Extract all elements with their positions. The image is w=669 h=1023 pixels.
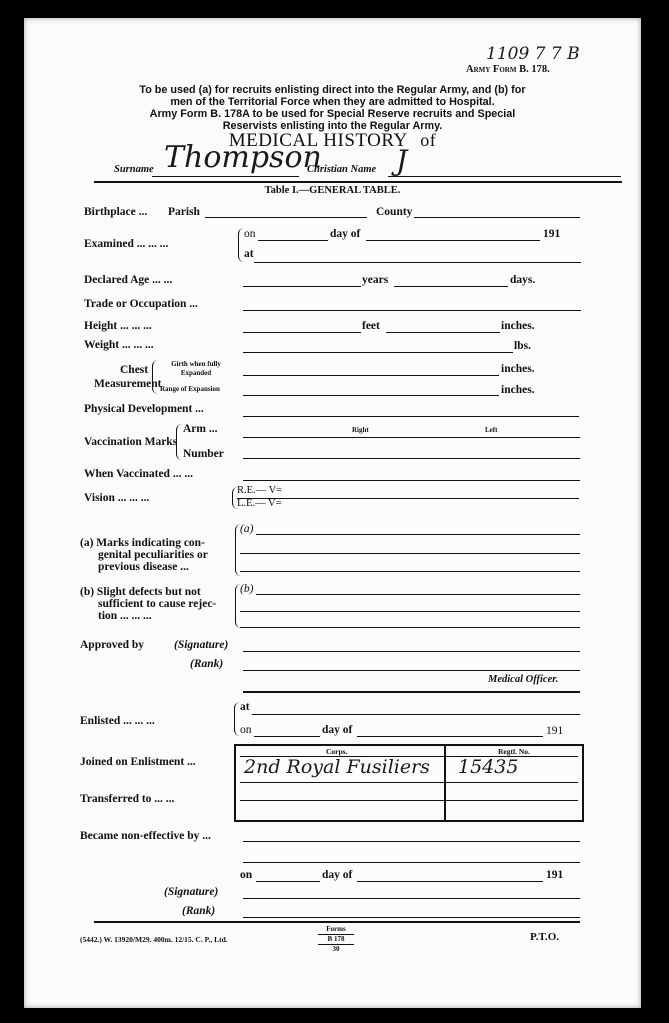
non-effective-field-1[interactable] xyxy=(243,841,580,842)
height-label: Height ... ... ... xyxy=(84,320,152,332)
parish-label: Parish xyxy=(168,206,200,218)
non-effective-rank-label: (Rank) xyxy=(182,905,215,917)
medical-officer-label: Medical Officer. xyxy=(488,674,558,685)
days-label: days. xyxy=(510,274,535,286)
page-title: MEDICAL HISTORY of xyxy=(24,130,641,152)
notice-line-3: Army Form B. 178A to be used for Special… xyxy=(24,108,641,120)
chest-label: Chest xyxy=(120,364,148,376)
regtl-header: Regtl. No. xyxy=(498,747,530,756)
enlisted-year-label: 191 xyxy=(546,725,563,737)
trade-field[interactable] xyxy=(243,310,581,311)
regtl-number-field[interactable]: 15435 xyxy=(458,756,518,778)
vaccination-number-label: Number xyxy=(183,448,224,460)
approved-by-label: Approved by xyxy=(80,639,144,651)
parish-field[interactable] xyxy=(205,217,367,218)
reference-number: 1109 7 7 B xyxy=(486,44,580,64)
enlisted-label: Enlisted ... ... ... xyxy=(80,715,155,727)
defects-field-2[interactable] xyxy=(240,611,580,612)
approved-signature-field[interactable] xyxy=(243,651,580,652)
defects-label-2: sufficient to cause rejec- xyxy=(98,598,216,610)
enlisted-day-of-label: day of xyxy=(322,724,352,736)
defects-marker: (b) xyxy=(240,583,253,595)
surname-label: Surname xyxy=(114,164,154,175)
chest-range-field[interactable] xyxy=(243,395,499,396)
non-effective-rank-field[interactable] xyxy=(243,917,580,918)
when-vaccinated-label: When Vaccinated ... ... xyxy=(84,468,193,480)
non-effective-field-2[interactable] xyxy=(243,862,580,863)
height-inches-field[interactable] xyxy=(386,332,500,333)
vision-le-label: L.E.— V= xyxy=(237,498,282,509)
examined-on-label: on xyxy=(244,228,256,240)
title-of: of xyxy=(420,130,436,150)
vision-label: Vision ... ... ... xyxy=(84,492,149,504)
years-label: years xyxy=(362,274,388,286)
examined-day-field[interactable] xyxy=(258,240,328,241)
physical-development-field[interactable] xyxy=(243,416,579,417)
examined-at-field[interactable] xyxy=(254,262,581,263)
form-page: 1109 7 7 B Army Form B. 178. To be used … xyxy=(24,18,641,1008)
joined-label: Joined on Enlistment ... xyxy=(80,756,196,768)
forms-mid: B 178 xyxy=(318,934,354,945)
non-effective-signature-label: (Signature) xyxy=(164,886,218,898)
chest-girth-field[interactable] xyxy=(243,375,499,376)
transferred-label: Transferred to ... ... xyxy=(80,793,174,805)
vaccination-arm-field[interactable] xyxy=(243,437,580,438)
right-label: Right xyxy=(352,426,369,434)
approved-rank-label: (Rank) xyxy=(190,658,223,670)
vaccination-arm-label: Arm ... xyxy=(183,423,218,435)
print-code: (5442.) W. 13920/M29. 400m. 12/15. C. P.… xyxy=(80,935,228,944)
weight-label: Weight ... ... ... xyxy=(84,339,154,351)
physical-development-label: Physical Development ... xyxy=(84,403,204,415)
vaccination-number-field[interactable] xyxy=(243,458,580,459)
feet-label: feet xyxy=(362,320,380,332)
enlisted-on-label: on xyxy=(240,724,252,736)
corps-field[interactable]: 2nd Royal Fusiliers xyxy=(244,756,430,778)
forms-reference: Forms B 178 30 xyxy=(318,925,354,954)
county-field[interactable] xyxy=(414,217,580,218)
defects-field-1[interactable] xyxy=(256,594,580,595)
marks-marker: (a) xyxy=(240,523,253,535)
birthplace-label: Birthplace ... xyxy=(84,206,147,218)
defects-label-3: tion ... ... ... xyxy=(98,610,152,622)
notice-line-1: To be used (a) for recruits enlisting di… xyxy=(24,84,641,96)
range-label: Range of Expansion xyxy=(160,385,220,393)
surname-field[interactable]: Thompson xyxy=(164,140,322,175)
non-effective-day-field[interactable] xyxy=(256,881,320,882)
christian-name-label: Christian Name xyxy=(307,164,376,175)
county-label: County xyxy=(376,206,412,218)
girth-label: Girth when fully Expanded xyxy=(160,360,232,378)
age-days-field[interactable] xyxy=(394,286,508,287)
vision-re-label: R.E.— V= xyxy=(237,485,282,496)
declared-age-label: Declared Age ... ... xyxy=(84,274,172,286)
non-effective-month-field[interactable] xyxy=(357,881,543,882)
form-id: Army Form B. 178. xyxy=(466,64,550,75)
enlisted-day-field[interactable] xyxy=(254,736,320,737)
examined-month-field[interactable] xyxy=(366,240,540,241)
approved-signature-label: (Signature) xyxy=(174,639,228,651)
defects-field-3[interactable] xyxy=(240,627,580,628)
approved-rank-field[interactable] xyxy=(243,670,580,671)
enlisted-month-field[interactable] xyxy=(357,736,543,737)
forms-top: Forms xyxy=(318,925,354,934)
corps-header: Corps. xyxy=(326,747,347,756)
left-label: Left xyxy=(485,426,497,434)
marks-field-1[interactable] xyxy=(256,534,580,535)
non-effective-year-label: 191 xyxy=(546,869,563,881)
lbs-label: lbs. xyxy=(514,340,531,352)
table-title: Table I.—GENERAL TABLE. xyxy=(24,185,641,196)
defects-label-1: (b) Slight defects but not xyxy=(80,586,201,598)
chest-range-inches-label: inches. xyxy=(501,384,535,396)
height-feet-field[interactable] xyxy=(243,332,361,333)
enlisted-at-label: at xyxy=(240,701,250,713)
examined-day-of-label: day of xyxy=(330,228,360,240)
examined-year-label: 191 xyxy=(543,228,560,240)
notice-line-2: men of the Territorial Force when they a… xyxy=(24,96,641,108)
chest-girth-inches-label: inches. xyxy=(501,363,535,375)
trade-label: Trade or Occupation ... xyxy=(84,298,198,310)
marks-label-3: previous disease ... xyxy=(98,561,189,573)
height-inches-label: inches. xyxy=(501,320,535,332)
non-effective-day-of-label: day of xyxy=(322,869,352,881)
when-vaccinated-field[interactable] xyxy=(243,480,580,481)
non-effective-label: Became non-effective by ... xyxy=(80,830,211,842)
examined-at-label: at xyxy=(244,248,254,260)
non-effective-signature-field[interactable] xyxy=(243,898,580,899)
age-years-field[interactable] xyxy=(243,286,361,287)
marks-field-3[interactable] xyxy=(240,571,580,572)
vaccination-label: Vaccination Marks xyxy=(84,436,177,448)
marks-label-2: genital peculiarities or xyxy=(98,549,208,561)
marks-field-2[interactable] xyxy=(240,553,580,554)
weight-field[interactable] xyxy=(243,352,513,353)
enlisted-at-field[interactable] xyxy=(252,714,580,715)
corps-table: Corps. Regtl. No. 2nd Royal Fusiliers 15… xyxy=(234,744,584,822)
non-effective-on-label: on xyxy=(240,869,252,881)
pto-label: P.T.O. xyxy=(530,931,559,943)
christian-name-field[interactable]: J xyxy=(396,144,407,177)
forms-bottom: 30 xyxy=(318,945,354,954)
examined-label: Examined ... ... ... xyxy=(84,238,168,250)
vision-field[interactable] xyxy=(237,498,579,499)
marks-label-1: (a) Marks indicating con- xyxy=(80,537,205,549)
